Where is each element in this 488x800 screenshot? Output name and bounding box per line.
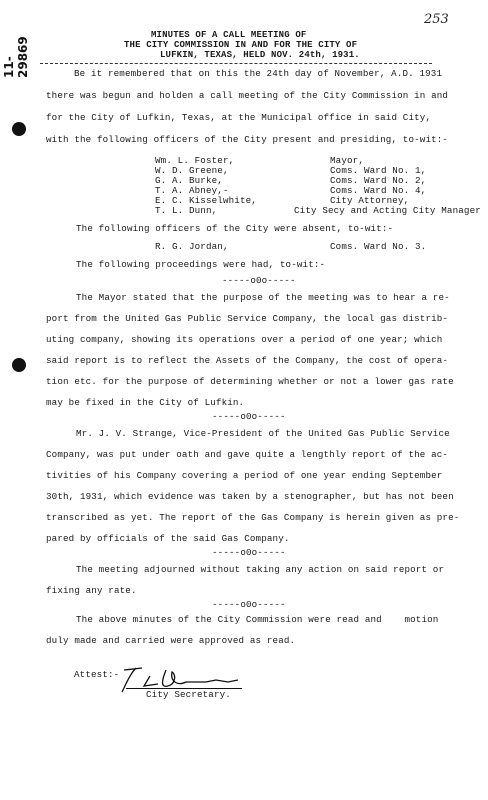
intro-line-3: for the City of Lufkin, Texas, at the Mu…: [46, 112, 431, 123]
para1-line-5: tion etc. for the purpose of determining…: [46, 376, 454, 387]
intro-line-1: Be it remembered that on this the 24th d…: [74, 68, 442, 79]
page-number: 253: [424, 12, 449, 27]
attest-label: Attest:-: [74, 669, 119, 680]
separator: -----o0o-----: [212, 547, 286, 558]
officer-name: T. L. Dunn,: [155, 205, 217, 216]
para4-line-2: duly made and carried were approved as r…: [46, 635, 295, 646]
document-page: 11-29869 253 MINUTES OF A CALL MEETING O…: [0, 0, 488, 800]
para1-line-3: uting company, showing its operations ov…: [46, 334, 442, 345]
para3-line-2: fixing any rate.: [46, 585, 137, 596]
para2-line-2: Company, was put under oath and gave qui…: [46, 449, 448, 460]
para1-line-1: The Mayor stated that the purpose of the…: [76, 292, 450, 303]
intro-line-4: with the following officers of the City …: [46, 134, 448, 145]
para2-line-5: transcribed as yet. The report of the Ga…: [46, 512, 459, 523]
para4-line-1: The above minutes of the City Commission…: [76, 614, 438, 625]
para2-line-1: Mr. J. V. Strange, Vice-President of the…: [76, 428, 450, 439]
para1-line-4: said report is to reflect the Assets of …: [46, 355, 448, 366]
absent-officer-name: R. G. Jordan,: [155, 241, 229, 252]
side-stamp-number: 11-29869: [2, 18, 22, 78]
intro-line-2: there was begun and holden a call meetin…: [46, 90, 448, 101]
para2-line-6: pared by officials of the said Gas Compa…: [46, 533, 290, 544]
separator: -----o0o-----: [212, 599, 286, 610]
header-rule: [40, 63, 432, 64]
absent-officer-title: Coms. Ward No. 3.: [330, 241, 426, 252]
separator: -----o0o-----: [222, 275, 296, 286]
punch-hole-top: [12, 122, 26, 136]
absent-intro: The following officers of the City were …: [76, 223, 393, 234]
punch-hole-bottom: [12, 358, 26, 372]
para1-line-6: may be fixed in the City of Lufkin.: [46, 397, 244, 408]
para2-line-4: 30th, 1931, which evidence was taken by …: [46, 491, 454, 502]
officer-title: City Secy and Acting City Manager: [294, 205, 481, 216]
para2-line-3: tivities of his Company covering a perio…: [46, 470, 442, 481]
attest-role: City Secretary.: [146, 689, 231, 700]
para1-line-2: port from the United Gas Public Service …: [46, 313, 448, 324]
para3-line-1: The meeting adjourned without taking any…: [76, 564, 444, 575]
proceedings-intro: The following proceedings were had, to-w…: [76, 259, 325, 270]
header-line-3: LUFKIN, TEXAS, HELD NOV. 24th, 1931.: [160, 50, 360, 61]
separator: -----o0o-----: [212, 411, 286, 422]
